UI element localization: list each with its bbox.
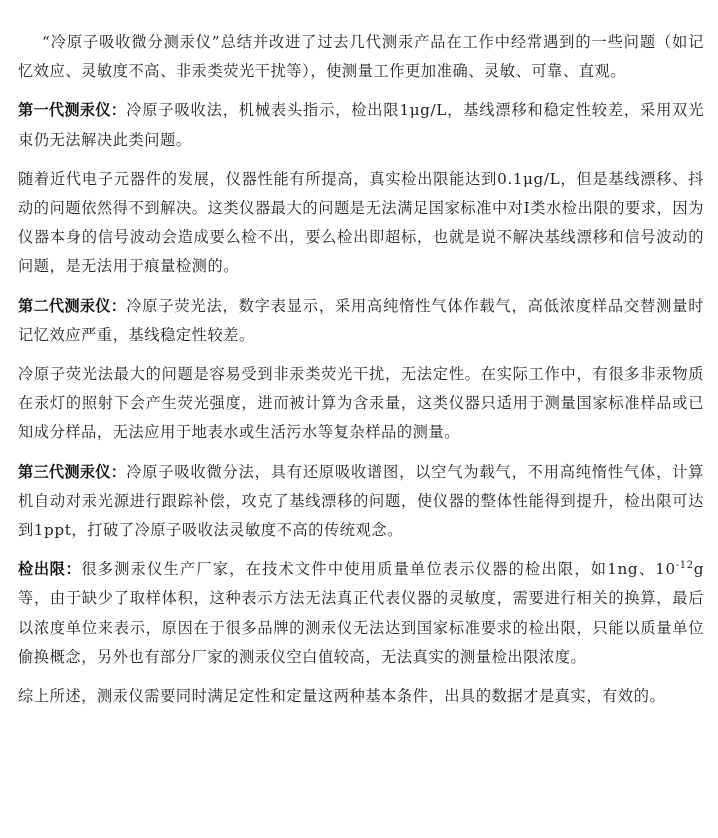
document-body: “冷原子吸收微分测汞仪”总结并改进了过去几代测汞产品在工作中经常遇到的一些问题（… — [0, 0, 718, 711]
second-generation-paragraph: 第二代测汞仪：冷原子荧光法，数字表显示，采用高纯惰性气体作载气，高低浓度样品交替… — [18, 292, 704, 350]
first-generation-label: 第一代测汞仪： — [18, 101, 126, 119]
third-generation-paragraph: 第三代测汞仪：冷原子吸收微分法，具有还原吸收谱图，以空气为载气，不用高纯惰性气体… — [18, 458, 704, 546]
conclusion-text: 综上所述，测汞仪需要同时满足定性和定量这两种基本条件，出具的数据才是真实，有效的… — [18, 687, 665, 705]
detection-limit-paragraph: 检出限：很多测汞仪生产厂家，在技术文件中使用质量单位表示仪器的检出限，如1ng、… — [18, 555, 704, 672]
second-generation-label: 第二代测汞仪： — [18, 297, 126, 315]
conclusion-paragraph: 综上所述，测汞仪需要同时满足定性和定量这两种基本条件，出具的数据才是真实，有效的… — [18, 682, 704, 711]
electronics-development-text: 随着近代电子元器件的发展，仪器性能有所提高，真实检出限能达到0.1μg/L，但是… — [18, 170, 704, 276]
fluorescence-problem-paragraph: 冷原子荧光法最大的问题是容易受到非汞类荧光干扰，无法定性。在实际工作中，有很多非… — [18, 360, 704, 448]
exponent-superscript: -12 — [676, 560, 694, 571]
electronics-development-paragraph: 随着近代电子元器件的发展，仪器性能有所提高，真实检出限能达到0.1μg/L，但是… — [18, 165, 704, 282]
fluorescence-problem-text: 冷原子荧光法最大的问题是容易受到非汞类荧光干扰，无法定性。在实际工作中，有很多非… — [18, 365, 704, 441]
detection-limit-label: 检出限： — [18, 560, 81, 578]
first-generation-paragraph: 第一代测汞仪：冷原子吸收法，机械表头指示，检出限1μg/L，基线漂移和稳定性较差… — [18, 96, 704, 154]
detection-limit-text-before: 很多测汞仪生产厂家，在技术文件中使用质量单位表示仪器的检出限，如1ng、10 — [81, 560, 675, 578]
intro-paragraph: “冷原子吸收微分测汞仪”总结并改进了过去几代测汞产品在工作中经常遇到的一些问题（… — [18, 28, 704, 86]
third-generation-label: 第三代测汞仪： — [18, 463, 126, 481]
intro-text: “冷原子吸收微分测汞仪”总结并改进了过去几代测汞产品在工作中经常遇到的一些问题（… — [18, 33, 704, 80]
